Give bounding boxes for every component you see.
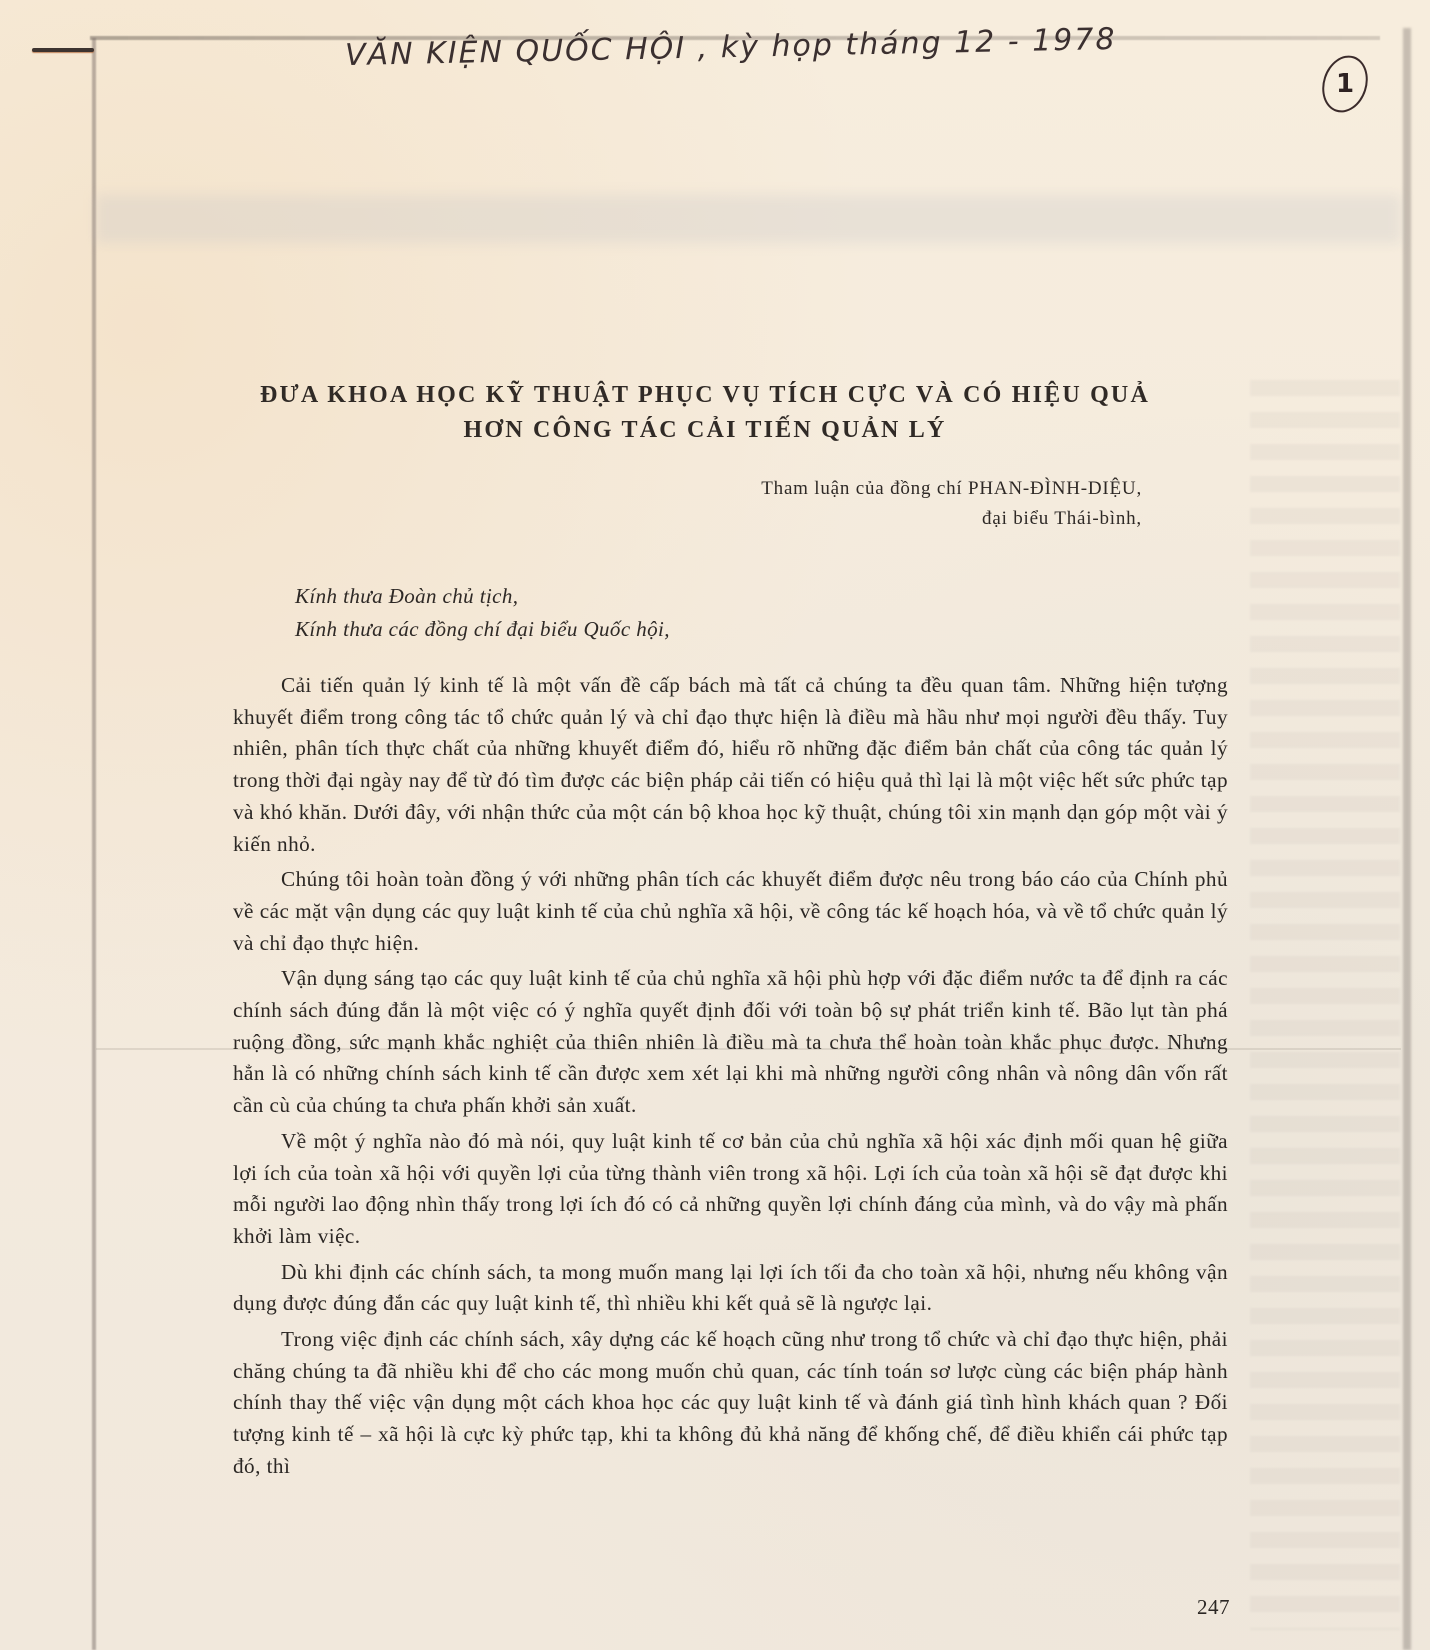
salutation-line-1: Kính thưa Đoàn chủ tịch, — [295, 580, 670, 613]
byline-author: Tham luận của đồng chí PHAN-ĐÌNH-DIỆU, — [761, 474, 1142, 504]
photocopy-shadow-band — [96, 195, 1401, 243]
page-number: 247 — [1197, 1595, 1230, 1620]
scanned-page: VĂN KIỆN QUỐC HỘI , kỳ họp tháng 12 - 19… — [0, 0, 1430, 1650]
salutation: Kính thưa Đoàn chủ tịch, Kính thưa các đ… — [295, 580, 670, 646]
salutation-line-2: Kính thưa các đồng chí đại biểu Quốc hội… — [295, 613, 670, 646]
paragraph: Dù khi định các chính sách, ta mong muốn… — [233, 1257, 1228, 1320]
circled-page-number: 1 — [1336, 69, 1354, 99]
staple-icon — [32, 48, 94, 52]
byline-constituency: đại biểu Thái-bình, — [761, 504, 1142, 534]
handwritten-header: VĂN KIỆN QUỐC HỘI , kỳ họp tháng 12 - 19… — [345, 22, 1117, 73]
title-line-1: ĐƯA KHOA HỌC KỸ THUẬT PHỤC VỤ TÍCH CỰC V… — [230, 378, 1180, 413]
photocopy-border-right — [1403, 28, 1411, 1650]
paragraph: Trong việc định các chính sách, xây dựng… — [233, 1324, 1228, 1483]
document-title: ĐƯA KHOA HỌC KỸ THUẬT PHỤC VỤ TÍCH CỰC V… — [230, 378, 1180, 448]
paragraph: Vận dụng sáng tạo các quy luật kinh tế c… — [233, 963, 1228, 1122]
body-text: Cải tiến quản lý kinh tế là một vấn đề c… — [233, 670, 1228, 1487]
photocopy-border-left — [92, 38, 96, 1650]
bleed-through-text — [1250, 380, 1400, 1630]
byline: Tham luận của đồng chí PHAN-ĐÌNH-DIỆU, đ… — [761, 474, 1142, 534]
title-line-2: HƠN CÔNG TÁC CẢI TIẾN QUẢN LÝ — [230, 413, 1180, 448]
paragraph: Cải tiến quản lý kinh tế là một vấn đề c… — [233, 670, 1228, 860]
paragraph: Chúng tôi hoàn toàn đồng ý với những phâ… — [233, 864, 1228, 959]
circled-page-mark: 1 — [1315, 50, 1375, 119]
paragraph: Về một ý nghĩa nào đó mà nói, quy luật k… — [233, 1126, 1228, 1253]
